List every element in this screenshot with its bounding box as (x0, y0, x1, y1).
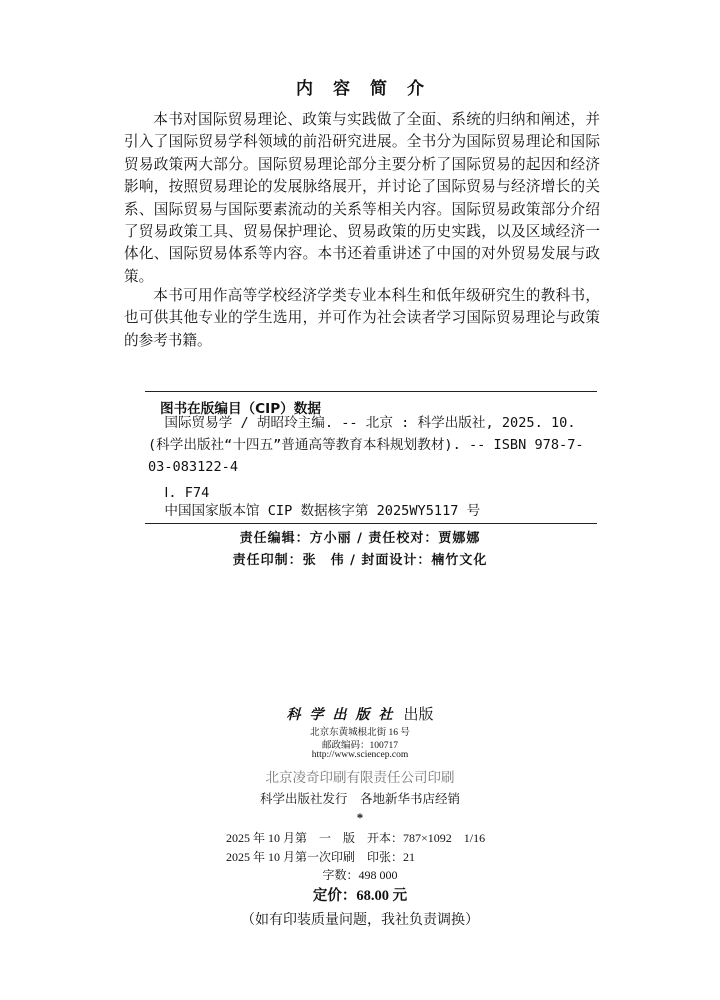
cip-line-5: 中国国家版本馆 CIP 数据核字第 2025WY5117 号 (148, 500, 598, 522)
credits-editors: 责任编辑：方小丽 / 责任校对：贾娜娜 (0, 527, 720, 546)
cip-line-1: 国际贸易学 / 胡昭玲主编. -- 北京 : 科学出版社, 2025. 10. (148, 412, 598, 434)
cip-top-rule (145, 391, 597, 392)
summary-paragraph-1: 本书对国际贸易理论、政策与实践做了全面、系统的归纳和阐述，并引入了国际贸易学科领… (124, 109, 600, 288)
publisher-name-line: 科学出版社出版 (0, 703, 720, 724)
credits-production: 责任印制：张 伟 / 封面设计：楠竹文化 (0, 549, 720, 568)
publisher-url: http://www.sciencep.com (0, 750, 720, 760)
cip-line-2: (科学出版社“十四五”普通高等教育本科规划教材). -- ISBN 978-7- (148, 434, 598, 456)
publisher-suffix: 出版 (403, 707, 433, 723)
separator-star: * (0, 810, 720, 826)
cip-line-3: 03-083122-4 (148, 456, 598, 478)
publisher-address: 北京东黄城根北街 16 号 (0, 724, 720, 738)
printer-line: 北京凌奇印刷有限责任公司印刷 (0, 766, 720, 786)
price: 定价：68.00 元 (0, 884, 720, 905)
word-count: 字数：498 000 (0, 866, 720, 883)
publisher-postcode: 邮政编码：100717 (0, 737, 720, 751)
summary-text-2: 本书可用作高等学校经济学类专业本科生和低年级研究生的教科书，也可供其他专业的学生… (124, 287, 600, 349)
publisher-name: 科学出版社 (286, 708, 401, 723)
edition-line: 2025 年 10 月第 一 版 开本：787×1092 1/16 (226, 829, 485, 846)
summary-paragraph-2: 本书可用作高等学校经济学类专业本科生和低年级研究生的教科书，也可供其他专业的学生… (124, 285, 600, 352)
page-title: 内容简介 (0, 74, 720, 99)
cip-bottom-rule (145, 523, 597, 524)
distribution-line: 科学出版社发行 各地新华书店经销 (0, 789, 720, 807)
summary-text-1: 本书对国际贸易理论、政策与实践做了全面、系统的归纳和阐述，并引入了国际贸易学科领… (124, 111, 600, 285)
quality-notice: （如有印装质量问题，我社负责调换） (0, 909, 720, 929)
printing-line: 2025 年 10 月第一次印刷 印张：21 (226, 848, 415, 865)
